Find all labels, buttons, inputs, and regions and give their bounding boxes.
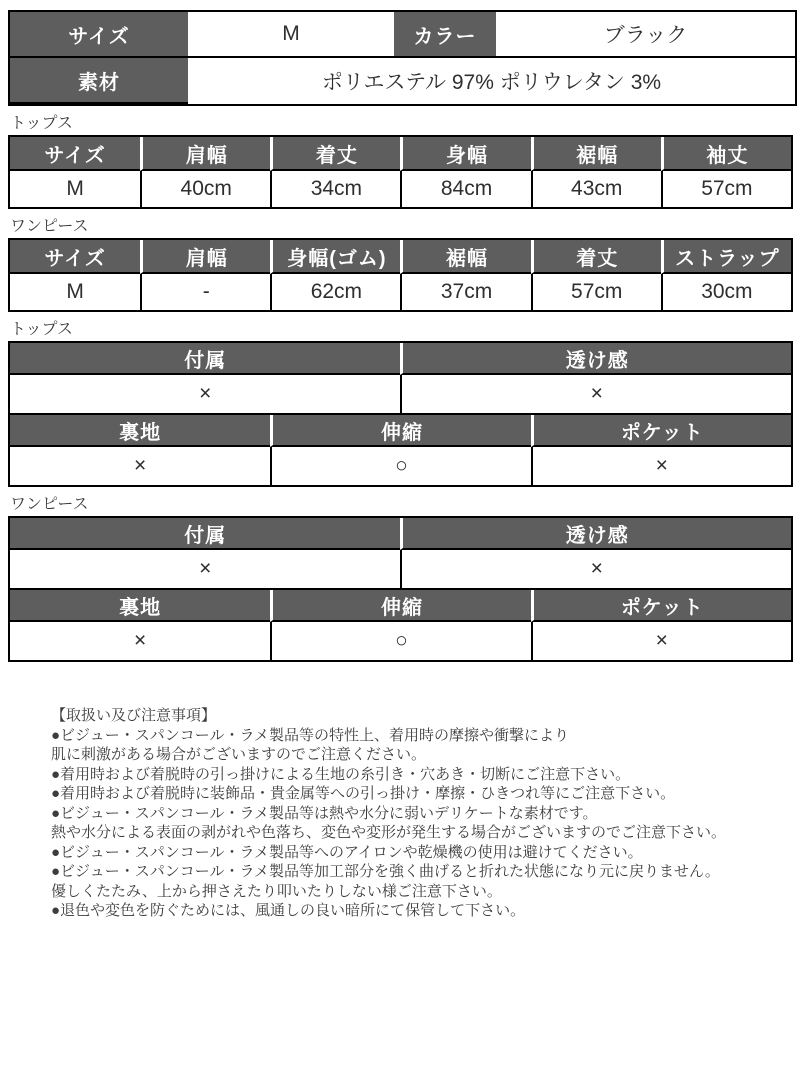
measurement-value: 43cm bbox=[531, 171, 661, 207]
material-value: ポリエステル 97% ポリウレタン 3% bbox=[188, 58, 795, 104]
column-header: 付属 bbox=[10, 343, 400, 375]
flag-value: × bbox=[10, 550, 400, 590]
column-header: 着丈 bbox=[531, 240, 661, 274]
onepiece-detail-table: 付属 透け感 × × 裏地 伸縮 ポケット × ○ × bbox=[8, 516, 793, 662]
column-header: 伸縮 bbox=[270, 590, 530, 622]
care-notes-line: 肌に刺激がある場合がございますのでご注意ください。 bbox=[51, 745, 793, 765]
care-notes-line: ●ビジュー・スパンコール・ラメ製品等は熱や水分に弱いデリケートな素材です。 bbox=[51, 804, 793, 824]
measurement-value: 57cm bbox=[531, 274, 661, 310]
color-value: ブラック bbox=[496, 12, 795, 58]
care-notes-line: ●ビジュー・スパンコール・ラメ製品等へのアイロンや乾燥機の使用は避けてください。 bbox=[51, 843, 793, 863]
summary-table: サイズ M カラー ブラック 素材 ポリエステル 97% ポリウレタン 3% bbox=[8, 10, 797, 106]
care-notes: 【取扱い及び注意事項】 ●ビジュー・スパンコール・ラメ製品等の特性上、着用時の摩… bbox=[51, 706, 793, 921]
measurement-value: 84cm bbox=[400, 171, 530, 207]
column-header: 着丈 bbox=[270, 137, 400, 171]
section-label-onepiece-size: ワンピース bbox=[10, 217, 793, 236]
section-label-tops-detail: トップス bbox=[10, 320, 793, 339]
onepiece-size-table: サイズ 肩幅 身幅(ゴム) 裾幅 着丈 ストラップ M - 62cm 37cm … bbox=[8, 238, 793, 312]
color-label: カラー bbox=[394, 12, 496, 58]
column-header: 裾幅 bbox=[400, 240, 530, 274]
section-label-tops-size: トップス bbox=[10, 114, 793, 133]
column-header: 裏地 bbox=[10, 415, 270, 447]
column-header: 身幅(ゴム) bbox=[270, 240, 400, 274]
care-notes-line: ●ビジュー・スパンコール・ラメ製品等加工部分を強く曲げると折れた状態になり元に戻… bbox=[51, 862, 793, 882]
care-notes-line: 熱や水分による表面の剥がれや色落ち、変色や変形が発生する場合がございますのでご注… bbox=[51, 823, 793, 843]
tops-size-table: サイズ 肩幅 着丈 身幅 裾幅 袖丈 M 40cm 34cm 84cm 43cm… bbox=[8, 135, 793, 209]
column-header: 身幅 bbox=[400, 137, 530, 171]
flag-value: × bbox=[400, 375, 791, 415]
care-notes-title: 【取扱い及び注意事項】 bbox=[51, 706, 793, 726]
flag-value: × bbox=[531, 622, 791, 660]
care-notes-line: ●着用時および着脱時に装飾品・貴金属等への引っ掛け・摩擦・ひきつれ等にご注意下さ… bbox=[51, 784, 793, 804]
column-header: 透け感 bbox=[400, 518, 791, 550]
column-header: 肩幅 bbox=[140, 240, 270, 274]
flag-value: × bbox=[10, 622, 270, 660]
measurement-value: 30cm bbox=[661, 274, 791, 310]
column-header: サイズ bbox=[10, 240, 140, 274]
care-notes-line: ●退色や変色を防ぐためには、風通しの良い暗所にて保管して下さい。 bbox=[51, 901, 793, 921]
care-notes-line: ●着用時および着脱時の引っ掛けによる生地の糸引き・穴あき・切断にご注意下さい。 bbox=[51, 765, 793, 785]
measurement-value: 62cm bbox=[270, 274, 400, 310]
flag-value: × bbox=[400, 550, 791, 590]
product-spec-page: { "colors": { "header_bg": "#5e5e5e", "h… bbox=[0, 0, 800, 1067]
column-header: ポケット bbox=[531, 590, 791, 622]
column-header: 伸縮 bbox=[270, 415, 530, 447]
column-header: 透け感 bbox=[400, 343, 791, 375]
column-header: サイズ bbox=[10, 137, 140, 171]
column-header: ポケット bbox=[531, 415, 791, 447]
measurement-value: - bbox=[140, 274, 270, 310]
flag-value: ○ bbox=[270, 447, 530, 485]
flag-value: × bbox=[10, 447, 270, 485]
size-label: サイズ bbox=[10, 12, 188, 58]
measurement-value: 37cm bbox=[400, 274, 530, 310]
flag-value: ○ bbox=[270, 622, 530, 660]
measurement-value: 34cm bbox=[270, 171, 400, 207]
measurement-value: M bbox=[10, 274, 140, 310]
column-header: 肩幅 bbox=[140, 137, 270, 171]
measurement-value: 40cm bbox=[140, 171, 270, 207]
column-header: 付属 bbox=[10, 518, 400, 550]
column-header: ストラップ bbox=[661, 240, 791, 274]
spec-sheet: サイズ M カラー ブラック 素材 ポリエステル 97% ポリウレタン 3% ト… bbox=[0, 0, 800, 921]
tops-detail-table: 付属 透け感 × × 裏地 伸縮 ポケット × ○ × bbox=[8, 341, 793, 487]
column-header: 裾幅 bbox=[531, 137, 661, 171]
column-header: 裏地 bbox=[10, 590, 270, 622]
material-label: 素材 bbox=[10, 58, 188, 104]
section-label-onepiece-detail: ワンピース bbox=[10, 495, 793, 514]
flag-value: × bbox=[10, 375, 400, 415]
measurement-value: M bbox=[10, 171, 140, 207]
flag-value: × bbox=[531, 447, 791, 485]
column-header: 袖丈 bbox=[661, 137, 791, 171]
care-notes-line: 優しくたたみ、上から押さえたり叩いたりしない様ご注意下さい。 bbox=[51, 882, 793, 902]
care-notes-line: ●ビジュー・スパンコール・ラメ製品等の特性上、着用時の摩擦や衝撃により bbox=[51, 726, 793, 746]
size-value: M bbox=[188, 12, 394, 58]
measurement-value: 57cm bbox=[661, 171, 791, 207]
